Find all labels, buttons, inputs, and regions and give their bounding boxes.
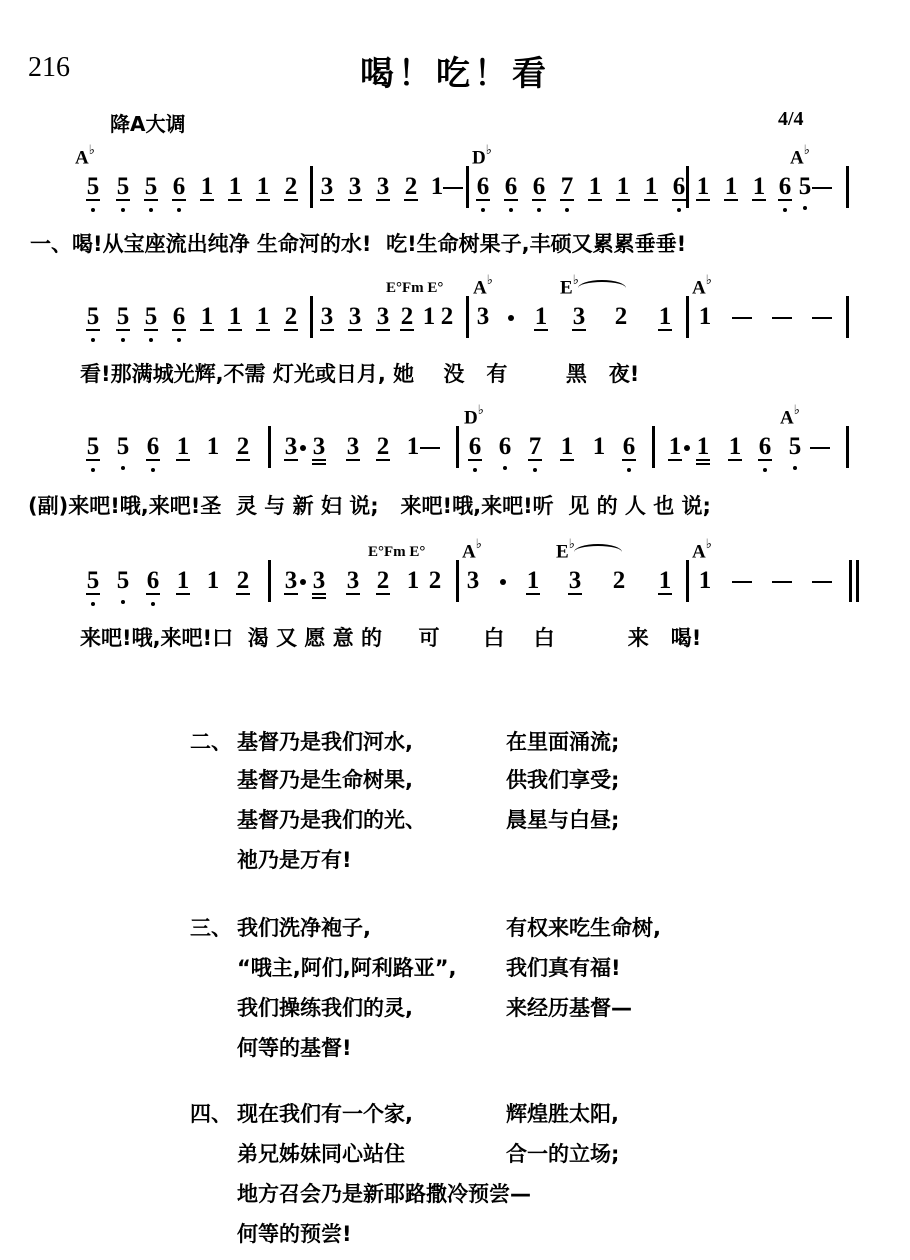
note: 2 xyxy=(282,172,300,202)
verse-line-left: 祂乃是万有! xyxy=(237,844,352,874)
bar-line xyxy=(268,426,271,468)
note: 3 xyxy=(282,566,300,596)
note: 1 xyxy=(404,566,422,596)
note: 3 xyxy=(282,432,300,462)
note: 3 xyxy=(374,172,392,202)
note: 2 xyxy=(282,302,300,332)
note: 5 xyxy=(786,432,804,462)
chord-d-flat: D♭ xyxy=(464,404,484,429)
staff-row-2: 5 5 5 6 1 1 1 2 3 3 3 E°Fm E° 2 1 2 A♭ 3… xyxy=(0,302,910,362)
note: 1 xyxy=(254,172,272,202)
note: 1 xyxy=(532,302,550,332)
verse-line-left: 弟兄姊妹同心站住 xyxy=(237,1138,405,1168)
chord-a-flat: A♭ xyxy=(790,144,810,169)
note: 6 xyxy=(502,172,520,202)
note: 2 xyxy=(234,432,252,462)
bar-line xyxy=(466,296,469,338)
lyric-line-2: 看!那满城光辉,不需 灯光或日月, 她 没 有 黑 夜! xyxy=(80,358,639,388)
dash xyxy=(812,317,832,319)
note: 5 xyxy=(142,172,160,202)
chord-a-flat: A♭ xyxy=(462,538,482,563)
lyric-line-3: (副)来吧!哦,来吧!圣 灵 与 新 妇 说; 来吧!哦,来吧!听 见 的 人 … xyxy=(28,490,711,520)
chord-dim-group: E°Fm E° xyxy=(386,280,443,297)
note: 1 xyxy=(254,302,272,332)
note: 3 xyxy=(570,302,588,332)
note: 1 xyxy=(696,566,714,596)
verse-line-left: 基督乃是我们河水, xyxy=(237,726,413,756)
note: 6 xyxy=(496,432,514,462)
note: 3 xyxy=(344,432,362,462)
dash xyxy=(772,581,792,583)
bar-line xyxy=(846,426,849,468)
note: 5 xyxy=(114,172,132,202)
chord-e-flat: E♭ xyxy=(556,538,575,563)
bar-line xyxy=(310,296,313,338)
note: 5 xyxy=(84,172,102,202)
verse-line-left: 何等的基督! xyxy=(237,1032,352,1062)
final-double-bar xyxy=(856,560,859,602)
dash xyxy=(772,317,792,319)
bar-line xyxy=(846,166,849,208)
verse-line-left: 我们操练我们的灵, xyxy=(237,992,413,1022)
verse-line-left: 地方召会乃是新耶路撒冷预尝— xyxy=(237,1178,531,1208)
tie xyxy=(574,544,622,560)
note: 3 xyxy=(374,302,392,332)
bar-line xyxy=(686,166,689,208)
note: 6 xyxy=(144,432,162,462)
augmentation-dot xyxy=(684,445,690,451)
bar-line xyxy=(268,560,271,602)
lyric-line-1: 一、喝!从宝座流出纯净 生命河的水! 吃!生命树果子,丰硕又累累垂垂! xyxy=(30,228,686,258)
note: 2 xyxy=(398,302,416,332)
note: 6 xyxy=(776,172,794,202)
note: 2 xyxy=(234,566,252,596)
note: 1 xyxy=(656,566,674,596)
note: 1 xyxy=(226,302,244,332)
note: 1 xyxy=(696,302,714,332)
dash xyxy=(420,447,440,449)
note: 3 xyxy=(344,566,362,596)
dash xyxy=(443,187,463,189)
chord-a-flat: A♭ xyxy=(780,404,800,429)
verse-line-right: 在里面涌流; xyxy=(506,726,619,756)
note: 7 xyxy=(558,172,576,202)
verse-label: 四、 xyxy=(190,1098,232,1128)
note: 3 xyxy=(310,432,328,462)
verse-label: 二、 xyxy=(190,726,232,756)
chord-a-flat: A♭ xyxy=(692,538,712,563)
bar-line xyxy=(846,296,849,338)
tie xyxy=(578,280,626,296)
note: 1 xyxy=(204,432,222,462)
verse-line-left: 我们洗净袍子, xyxy=(237,912,371,942)
bar-line xyxy=(686,296,689,338)
note: 1 xyxy=(226,172,244,202)
bar-line xyxy=(456,560,459,602)
verse-line-left: 基督乃是生命树果, xyxy=(237,764,413,794)
chord-a-flat: A♭ xyxy=(692,274,712,299)
bar-line xyxy=(310,166,313,208)
note: 1 xyxy=(726,432,744,462)
chord-dim-group: E°Fm E° xyxy=(368,544,425,561)
note: 1 xyxy=(750,172,768,202)
bar-line xyxy=(466,166,469,208)
note: 1 xyxy=(694,432,712,462)
staff-row-1: A♭ 5 5 5 6 1 1 1 2 3 3 3 2 1 D♭ 6 6 6 7 … xyxy=(0,172,910,232)
note: 5 xyxy=(114,302,132,332)
note: 1 xyxy=(198,302,216,332)
note: 1 xyxy=(558,432,576,462)
verse-line-left: 基督乃是我们的光、 xyxy=(237,804,426,834)
verse-line-left: 何等的预尝! xyxy=(237,1218,352,1248)
note: 1 xyxy=(524,566,542,596)
chord-e-flat: E♭ xyxy=(560,274,579,299)
note: 1 xyxy=(198,172,216,202)
key-signature: 降A大调 xyxy=(110,108,185,137)
verse-label: 三、 xyxy=(190,912,232,942)
note: 3 xyxy=(346,172,364,202)
bar-line xyxy=(652,426,655,468)
note: 2 xyxy=(426,566,444,596)
note: 3 xyxy=(566,566,584,596)
note: 1 xyxy=(642,172,660,202)
augmentation-dot xyxy=(508,315,514,321)
note: 5 xyxy=(114,566,132,596)
note: 1 xyxy=(656,302,674,332)
dash xyxy=(732,317,752,319)
dash xyxy=(732,581,752,583)
verse-line-left: 现在我们有一个家, xyxy=(237,1098,413,1128)
note: 6 xyxy=(170,302,188,332)
note: 6 xyxy=(756,432,774,462)
time-signature: 4/4 xyxy=(778,108,804,131)
note: 6 xyxy=(474,172,492,202)
note: 6 xyxy=(466,432,484,462)
note: 3 xyxy=(346,302,364,332)
note: 1 xyxy=(666,432,684,462)
verse-line-right: 来经历基督— xyxy=(506,992,632,1022)
note: 6 xyxy=(144,566,162,596)
note: 2 xyxy=(402,172,420,202)
note: 1 xyxy=(694,172,712,202)
note: 1 xyxy=(590,432,608,462)
augmentation-dot xyxy=(300,579,306,585)
note: 7 xyxy=(526,432,544,462)
verse-line-right: 供我们享受; xyxy=(506,764,619,794)
chord-a-flat: A♭ xyxy=(473,274,493,299)
verse-line-left: “哦主,阿们,阿利路亚”, xyxy=(237,952,457,982)
note: 1 xyxy=(722,172,740,202)
note: 2 xyxy=(438,302,456,332)
note: 2 xyxy=(612,302,630,332)
note: 6 xyxy=(620,432,638,462)
note: 3 xyxy=(318,302,336,332)
note: 3 xyxy=(474,302,492,332)
note: 5 xyxy=(114,432,132,462)
bar-line xyxy=(686,560,689,602)
note: 5 xyxy=(84,432,102,462)
note: 1 xyxy=(174,432,192,462)
note: 2 xyxy=(374,432,392,462)
dash xyxy=(810,447,830,449)
chord-a-flat: A♭ xyxy=(75,144,95,169)
note: 1 xyxy=(174,566,192,596)
bar-line xyxy=(456,426,459,468)
dash xyxy=(812,187,832,189)
augmentation-dot xyxy=(300,445,306,451)
lyric-line-4: 来吧!哦,来吧!口 渴 又 愿 意 的 可 白 白 来 喝! xyxy=(80,622,701,652)
note: 6 xyxy=(530,172,548,202)
verse-line-right: 辉煌胜太阳, xyxy=(506,1098,619,1128)
note: 5 xyxy=(142,302,160,332)
note: 6 xyxy=(170,172,188,202)
note: 1 xyxy=(420,302,438,332)
dash xyxy=(812,581,832,583)
note: 3 xyxy=(310,566,328,596)
note: 1 xyxy=(204,566,222,596)
note: 3 xyxy=(318,172,336,202)
song-title: 喝！吃！看 xyxy=(0,46,910,95)
note: 5 xyxy=(84,566,102,596)
note: 2 xyxy=(610,566,628,596)
staff-row-4: 5 5 6 1 1 2 3 3 3 E°Fm E° 2 1 2 A♭ 3 1 E… xyxy=(0,566,910,626)
note: 5 xyxy=(84,302,102,332)
note: 3 xyxy=(464,566,482,596)
note: 2 xyxy=(374,566,392,596)
note: 1 xyxy=(614,172,632,202)
verse-line-right: 晨星与白昼; xyxy=(506,804,619,834)
verse-line-right: 我们真有福! xyxy=(506,952,621,982)
verse-line-right: 有权来吃生命树, xyxy=(506,912,661,942)
note: 1 xyxy=(586,172,604,202)
verse-line-right: 合一的立场; xyxy=(506,1138,619,1168)
chord-d-flat: D♭ xyxy=(472,144,492,169)
staff-row-3: 5 5 6 1 1 2 3 3 3 2 1 D♭ 6 6 7 1 1 6 1 1… xyxy=(0,432,910,492)
augmentation-dot xyxy=(500,579,506,585)
